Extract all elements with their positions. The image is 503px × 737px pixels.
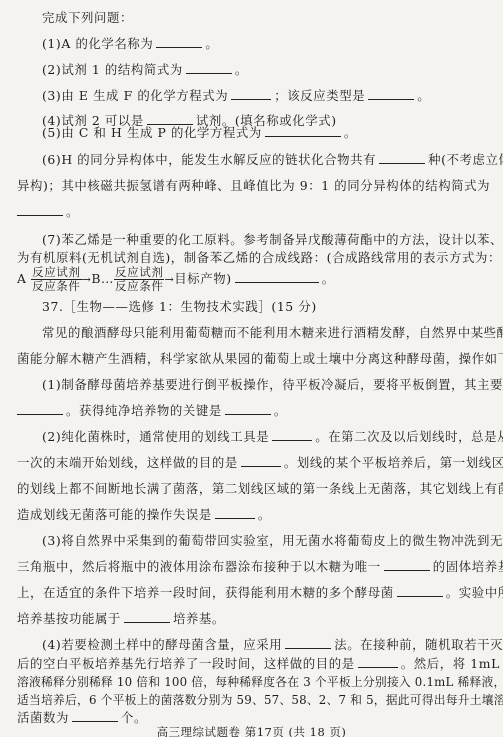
bio-q4-line2: 后的空白平板培养基先行培养了一段时间，这样做的目的是。然后，将 1mL 土壤 <box>17 656 486 672</box>
answer-blank <box>72 710 118 722</box>
answer-blank <box>265 125 341 137</box>
q-text: 。 <box>235 62 248 77</box>
q-text: 。划线的某个平板培养后，第一划线区域 <box>284 455 503 470</box>
chem-q1: (1)A 的化学名称为。 <box>42 36 486 52</box>
chem-intro: 完成下列问题： <box>42 10 486 26</box>
q-text: 培养基。 <box>173 611 225 626</box>
answer-blank <box>156 36 202 48</box>
synthesis-route: A 反应试剂反应条件→B…反应试剂反应条件→目标产物)。 <box>17 264 486 295</box>
chem-q6-line1: (6)H 的同分异构体中，能发生水解反应的链状化合物共有种(不考虑立体 <box>42 152 486 168</box>
bio-q3-line3: 上，在适宜的条件下培养一段时间，获得能利用木糖的多个酵母菌。实验中所用 <box>17 585 486 601</box>
bio-q4-line4: 适当培养后，6 个平板上的菌落数分别为 59、57、58、2、7 和 5，据此可… <box>17 692 486 708</box>
answer-blank <box>225 403 271 415</box>
q-text: (3)将自然界中采集到的葡萄带回实验室，用无菌水将葡萄皮上的微生物冲洗到无菌的 <box>42 533 503 548</box>
bio-q3-line1: (3)将自然界中采集到的葡萄带回实验室，用无菌水将葡萄皮上的微生物冲洗到无菌的 <box>42 533 486 549</box>
q-text: 培养基按功能属于 <box>17 611 121 626</box>
q-text: 。 <box>205 36 218 51</box>
arrow-icon: → <box>82 265 92 295</box>
bio-heading: 37.［生物——选修 1：生物技术实践］(15 分) <box>42 299 486 315</box>
bio-q3-line2: 三角瓶中，然后将瓶中的液体用涂布器涂布接种于以木糖为唯一的固体培养基 <box>17 559 486 575</box>
q-text: 异构)；其中核磁共振氢谱有两种峰、且峰值比为 9：1 的同分异构体的结构简式为 <box>17 178 490 193</box>
q-text: 。获得纯净培养物的关键是 <box>66 403 222 418</box>
q-text: 三角瓶中，然后将瓶中的液体用涂布器涂布接种于以木糖为唯一 <box>17 559 381 574</box>
route-start: A <box>17 271 27 286</box>
q-text: 的固体培养基 <box>433 559 503 574</box>
chem-q6-line3: 。 <box>17 204 486 220</box>
route-step-2: 反应试剂反应条件 <box>114 266 164 293</box>
condition-label: 反应条件 <box>114 280 164 293</box>
page-footer: 高三理综试题卷 第17页 (共 18 页) <box>0 724 503 737</box>
bio-q2-line3: 的划线上都不间断地长满了菌落，第二划线区域的第一条线上无菌落，其它划线上有菌落。 <box>17 481 486 497</box>
q-text: (5)由 C 和 H 生成 P 的化学方程式为 <box>42 125 262 140</box>
bio-q2-line4: 造成划线无菌落可能的操作失误是。 <box>17 507 486 523</box>
bio-q1-line1: (1)制备酵母菌培养基要进行倒平板操作，待平板冷凝后，要将平板倒置，其主要原因是 <box>42 377 486 393</box>
reagent-label: 反应试剂 <box>114 266 164 280</box>
answer-blank <box>17 403 63 415</box>
chem-q7-line1: (7)苯乙烯是一种重要的化工原料。参考制备异戊酸薄荷酯中的方法，设计以苯、乙烯 <box>42 232 486 248</box>
q-text: 。然后，将 1mL 土壤 <box>401 656 503 671</box>
chem-q3: (3)由 E 生成 F 的化学方程式为；该反应类型是。 <box>42 88 486 104</box>
answer-blank <box>358 656 398 668</box>
chem-q5: (5)由 C 和 H 生成 P 的化学方程式为。 <box>42 125 486 141</box>
section-heading: 37.［生物——选修 1：生物技术实践］(15 分) <box>42 299 317 314</box>
q-text: 。 <box>274 403 287 418</box>
answer-blank <box>147 113 193 125</box>
chem-q6-line2: 异构)；其中核磁共振氢谱有两种峰、且峰值比为 9：1 的同分异构体的结构简式为 <box>17 178 486 194</box>
bio-q1-line2: 。获得纯净培养物的关键是。 <box>17 403 486 419</box>
reagent-label: 反应试剂 <box>31 266 81 280</box>
q-text: (1)A 的化学名称为 <box>42 36 153 51</box>
paragraph-text: 菌能分解木糖产生酒精，科学家欲从果园的葡萄上或土壤中分离这种酵母菌，操作如下： <box>17 351 503 366</box>
paragraph-text: 常见的酿酒酵母只能利用葡萄糖而不能利用木糖来进行酒精发酵，自然界中某些酵母 <box>42 325 503 340</box>
answer-blank <box>235 271 319 283</box>
arrow-icon: → <box>164 265 174 295</box>
q-text: 种(不考虑立体 <box>428 152 503 167</box>
q-text: 个。 <box>121 710 147 725</box>
answer-blank <box>368 88 414 100</box>
q-text: 活菌数为 <box>17 710 69 725</box>
q-text: 。在第二次及以后划线时，总是从上 <box>315 429 503 444</box>
q-text: (2)试剂 1 的结构简式为 <box>42 62 183 77</box>
q-text: 为有机原料(无机试剂自选)，制备苯乙烯的合成线路：(合成路线常用的表示方式为： <box>17 250 501 265</box>
exam-page: 完成下列问题： (1)A 的化学名称为。 (2)试剂 1 的结构简式为。 (3)… <box>0 0 503 737</box>
answer-blank <box>215 507 255 519</box>
bio-q3-line4: 培养基按功能属于培养基。 <box>17 611 486 627</box>
q-text: 溶液稀释分别稀释 10 倍和 100 倍，每种稀释度各在 3 个平板上分别接入 … <box>17 675 503 689</box>
q-text: 。 <box>417 88 430 103</box>
q-text: 。实验中所用 <box>446 585 503 600</box>
q-text: (4)若要检测土样中的酵母菌含量，应采用 <box>42 637 282 652</box>
q-text: 适当培养后，6 个平板上的菌落数分别为 59、57、58、2、7 和 5，据此可… <box>17 693 503 707</box>
q-text: (2)纯化菌株时，通常使用的划线工具是 <box>42 429 269 444</box>
answer-blank <box>124 611 170 623</box>
q-text: 。 <box>344 125 357 140</box>
intro-text: 完成下列问题： <box>42 10 133 25</box>
bio-q2-line2: 一次的末端开始划线，这样做的目的是。划线的某个平板培养后，第一划线区域 <box>17 455 486 471</box>
q-text: (3)由 E 生成 F 的化学方程式为 <box>42 88 228 103</box>
q-text: (1)制备酵母菌培养基要进行倒平板操作，待平板冷凝后，要将平板倒置，其主要原因是 <box>42 377 503 392</box>
answer-blank <box>384 559 430 571</box>
q-text: ；该反应类型是 <box>274 88 365 103</box>
answer-blank <box>397 585 443 597</box>
answer-blank <box>17 204 63 216</box>
q-text: 法。在接种前，随机取若干灭菌 <box>334 637 503 652</box>
bio-q4-line1: (4)若要检测土样中的酵母菌含量，应采用法。在接种前，随机取若干灭菌 <box>42 637 486 653</box>
answer-blank <box>186 62 232 74</box>
q-text: (6)H 的同分异构体中，能发生水解反应的链状化合物共有 <box>42 152 376 167</box>
route-step-1: 反应试剂反应条件 <box>31 266 81 293</box>
footer-text: 高三理综试题卷 第17页 (共 18 页) <box>157 725 347 737</box>
q-text: 的划线上都不间断地长满了菌落，第二划线区域的第一条线上无菌落，其它划线上有菌落。 <box>17 481 503 496</box>
bio-q4-line3: 溶液稀释分别稀释 10 倍和 100 倍，每种稀释度各在 3 个平板上分别接入 … <box>17 674 486 690</box>
answer-blank <box>379 152 425 164</box>
answer-blank <box>231 88 271 100</box>
bio-p1: 常见的酿酒酵母只能利用葡萄糖而不能利用木糖来进行酒精发酵，自然界中某些酵母 <box>42 325 486 341</box>
condition-label: 反应条件 <box>31 280 81 293</box>
q-text: 。 <box>66 204 79 219</box>
answer-blank <box>272 429 312 441</box>
answer-blank <box>241 455 281 467</box>
chem-q2: (2)试剂 1 的结构简式为。 <box>42 62 486 78</box>
bio-p2: 菌能分解木糖产生酒精，科学家欲从果园的葡萄上或土壤中分离这种酵母菌，操作如下： <box>17 351 486 367</box>
q-text: (7)苯乙烯是一种重要的化工原料。参考制备异戊酸薄荷酯中的方法，设计以苯、乙烯 <box>42 232 503 247</box>
q-text: 上，在适宜的条件下培养一段时间，获得能利用木糖的多个酵母菌 <box>17 585 394 600</box>
bio-q2-line1: (2)纯化菌株时，通常使用的划线工具是。在第二次及以后划线时，总是从上 <box>42 429 486 445</box>
q-text: 造成划线无菌落可能的操作失误是 <box>17 507 212 522</box>
answer-blank <box>285 637 331 649</box>
route-mid: B… <box>91 271 114 286</box>
q-text: 。 <box>322 271 335 286</box>
q-text: 一次的末端开始划线，这样做的目的是 <box>17 455 238 470</box>
q-text: 后的空白平板培养基先行培养了一段时间，这样做的目的是 <box>17 656 355 671</box>
route-end: 目标产物) <box>174 271 231 286</box>
q-text: 。 <box>258 507 271 522</box>
